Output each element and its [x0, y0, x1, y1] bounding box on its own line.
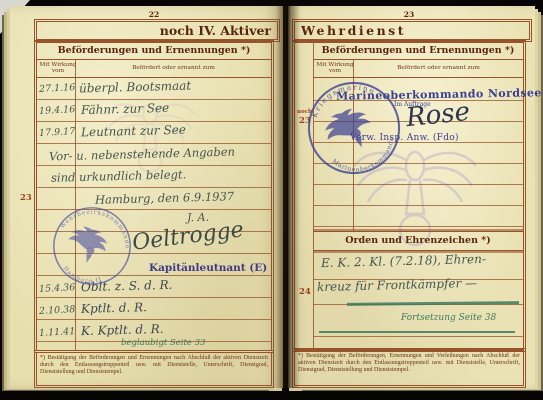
section-header-right: Wehrdienst — [294, 21, 530, 40]
entry-text: Leutnant zur See — [81, 123, 186, 140]
rule-line — [37, 99, 271, 100]
book-gutter — [276, 6, 300, 388]
continuation-note: Fortsetzung Seite 38 — [401, 313, 496, 323]
rank-stamp: Kapitänleutnant (E) — [149, 262, 267, 274]
entry-date: 27.1.16 — [39, 82, 76, 95]
certification-line: sind urkundlich belegt. — [51, 167, 187, 185]
entry-date: 1.11.41 — [39, 326, 76, 339]
rule-line — [313, 205, 523, 206]
footnote-left: *) Bestätigung der Beförderungen und Ern… — [36, 352, 272, 386]
entry-text: Fähnr. zur See — [81, 101, 170, 117]
section-header-left: noch IV. Aktiver — [36, 21, 278, 40]
ink-stroke — [319, 331, 515, 333]
orders-section-title: Orden und Ehrenzeichen *) — [313, 231, 523, 251]
table-title: Beförderungen und Ernennungen *) — [313, 43, 523, 60]
entry-date: 2.10.38 — [39, 304, 76, 317]
entry-text: Kptlt. d. R. — [81, 300, 147, 316]
rule-line — [313, 336, 523, 337]
certification-line: Vor- u. nebenstehende Angaben — [49, 145, 235, 164]
entry-text: überpl. Bootsmaat — [79, 79, 191, 96]
orders-entry-line: kreuz für Frontkämpfer — — [317, 276, 477, 294]
rule-line — [37, 165, 271, 166]
rule-line — [37, 187, 271, 188]
rule-line — [37, 297, 271, 298]
table-title: Beförderungen und Ernennungen *) — [37, 43, 271, 60]
column-header-row: Mit Wirkung vom Befördert oder ernannt z… — [37, 59, 271, 78]
rule-line — [37, 319, 271, 320]
rule-line — [313, 226, 523, 227]
rule-line — [37, 121, 271, 122]
left-page: 22 noch IV. Aktiver 23 Beförderungen und… — [10, 6, 283, 388]
entry-date: 17.9.17 — [39, 126, 76, 139]
entry-text: K. Kptlt. d. R. — [81, 322, 164, 338]
page-number: 23 — [294, 10, 524, 19]
column-header-date: Mit Wirkung vom — [37, 59, 79, 77]
certified-note: beglaubigt Seite 33 — [121, 338, 205, 348]
column-header-rank: Befördert oder ernannt zum — [76, 59, 271, 77]
margin-number: 24 — [299, 287, 311, 297]
place-date: Hamburg, den 6.9.1937 — [95, 189, 234, 207]
document-photo: 22 noch IV. Aktiver 23 Beförderungen und… — [0, 0, 543, 400]
right-page: 23 Wehrdienst Beförderungen und Ernennun… — [288, 6, 535, 388]
margin-number: 23 — [20, 193, 32, 203]
page-number: 22 — [36, 10, 272, 19]
signature: Oeltrogge — [131, 217, 245, 255]
entry-date: 19.4.16 — [39, 104, 76, 117]
orders-entry-line: E. K. 2. Kl. (7.2.18), Ehren- — [321, 252, 486, 270]
rule-line — [37, 143, 271, 144]
footnote-right: *) Bestätigung der Beförderungen, Ernenn… — [294, 350, 524, 386]
